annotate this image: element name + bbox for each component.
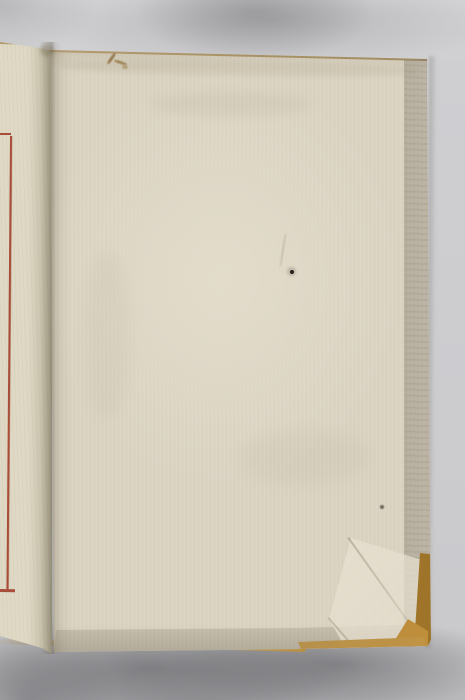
blank-recto-page (46, 48, 436, 654)
book-photo (0, 0, 465, 700)
red-frame-border-bottom (0, 589, 15, 592)
book-gutter (40, 42, 62, 654)
red-frame-border-side (6, 136, 12, 590)
corner-fold-flap (46, 48, 436, 654)
red-frame-border-top (0, 133, 11, 135)
